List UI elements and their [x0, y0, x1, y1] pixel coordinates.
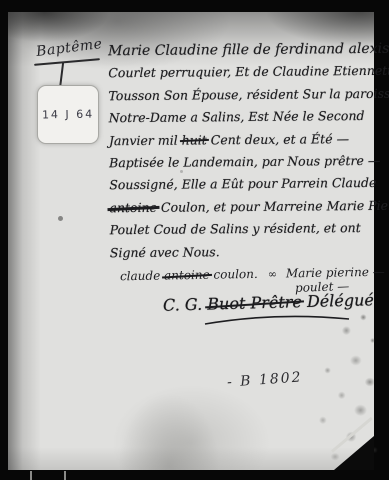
body-line: Marie Claudine fille de ferdinand alexis	[108, 38, 388, 63]
struck-word: antoine	[109, 200, 157, 215]
struck-word: antoine	[164, 268, 210, 283]
body-line-text: Janvier mil	[109, 132, 182, 148]
body-line: Poulet Coud de Salins y résident, et ont	[110, 217, 389, 242]
body-line: Janvier mil huit Cent deux, et a Été —	[109, 127, 389, 152]
shelfmark-text: 14 J 64	[42, 108, 94, 122]
body-line: Baptisée le Landemain, par Nous prêtre —	[109, 150, 389, 175]
signature-text: Marie pierine —	[286, 265, 385, 281]
signature-flourish	[203, 314, 353, 328]
struck-word: huit	[182, 132, 207, 147]
body-line-text: Notre-Dame a Salins, Est Née le Second	[109, 108, 365, 125]
body-line-text: Marie Claudine fille de ferdinand alexis	[108, 41, 389, 59]
body-text: Marie Claudine fille de ferdinand alexis…	[108, 38, 389, 264]
body-line: Signé avec Nous.	[110, 239, 389, 264]
paraph-mark: ∞	[268, 268, 276, 281]
signature-text: claude	[120, 269, 164, 284]
fold-corner	[334, 436, 374, 470]
signature-text: coulon.	[210, 267, 258, 282]
scan-slit	[30, 471, 32, 480]
body-line-text: Cent deux, et a Été —	[207, 131, 349, 147]
archive-shelfmark-label: 14 J 64	[37, 85, 99, 144]
signature-text: C. G.	[163, 295, 208, 315]
body-line-text: Coulon, et pour Marreine Marie Pierrine	[157, 197, 389, 214]
body-line-text: Signé avec Nous.	[110, 244, 220, 260]
signature-text: Délégué	[302, 290, 374, 311]
margin-note-underline	[34, 58, 100, 66]
body-line-text: Poulet Coud de Salins y résident, et ont	[110, 220, 361, 237]
body-line-text: Baptisée le Landemain, par Nous prêtre —	[109, 153, 380, 170]
scan-slit	[64, 471, 66, 480]
body-line: Courlet perruquier, Et de Claudine Etien…	[108, 60, 388, 85]
struck-word: Buot Prêtre	[207, 292, 302, 313]
ink-spot	[58, 216, 63, 221]
body-line-text: Soussigné, Elle a Eût pour Parrein Claud…	[109, 175, 376, 192]
body-line: Notre-Dame a Salins, Est Née le Second	[109, 105, 389, 130]
body-line: Tousson Son Épouse, résident Sur la paro…	[108, 83, 388, 108]
body-line: Soussigné, Elle a Eût pour Parrein Claud…	[109, 172, 389, 197]
body-line: antoine Coulon, et pour Marreine Marie P…	[109, 195, 389, 220]
body-line-text: Courlet perruquier, Et de Claudine Etien…	[108, 63, 389, 81]
body-line-text: Tousson Son Épouse, résident Sur la paro…	[108, 86, 389, 104]
manuscript-page: Baptême 14 J 64 Marie Claudine fille de …	[8, 12, 374, 470]
scan-frame: Baptême 14 J 64 Marie Claudine fille de …	[0, 0, 389, 480]
margin-note-bapteme: Baptême	[35, 36, 103, 60]
